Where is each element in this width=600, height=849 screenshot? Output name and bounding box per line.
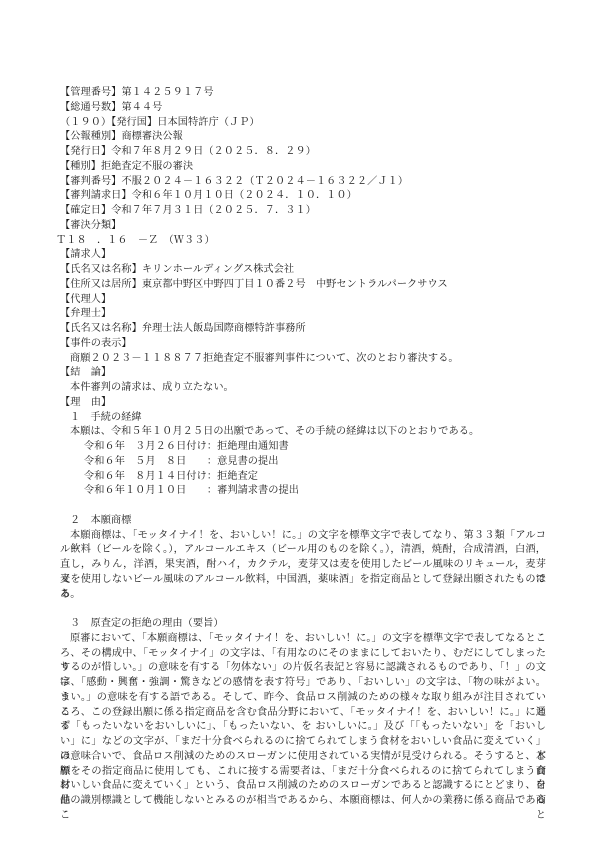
field-label: 【氏名又は名称】 (60, 323, 142, 334)
claimant-name: 【氏名又は名称】キリンホールディングス株式会社 (60, 263, 546, 278)
field-value: 令和７年８月２９日（２０２５．８．２９） (111, 146, 316, 157)
trademark-appeal-decision-document: 【管理番号】第１４２５９１７号 【総通号数】第４４号 （１９０）【発行国】日本国… (60, 86, 546, 809)
section-3-line: まい。」の意味を有する語である。そして、昨今、食品ロス削減のための様々な取り組み… (60, 691, 546, 706)
field-type: 【種別】拒絶査定不服の審決 (60, 160, 546, 175)
conclusion-heading: 【結 論】 (60, 366, 546, 381)
timeline-event: ：拒絶査定 (207, 471, 258, 482)
field-management-number: 【管理番号】第１４２５９１７号 (60, 86, 546, 101)
timeline-item: 令和６年 ５月 ８日 ：意見書の提出 (60, 455, 546, 470)
section-spacer (60, 499, 546, 514)
timeline-date: 令和６年１０月１０日 (84, 485, 207, 496)
section-3-line: 標をその指定商品に使用しても、これに接する需要者は、「まだ十分食べられるのに捨て… (60, 765, 546, 780)
section-3-line: ろ、その構成中、「モッタイナイ」の文字は、「有用なのにそのままにしておいたり、む… (60, 647, 546, 662)
field-gazette-type: 【公報種別】商標審決公報 (60, 130, 546, 145)
claimant-address: 【住所又は居所】東京都中野区中野四丁目１０番２号 中野セントラルパークサウス (60, 278, 546, 293)
agent-name: 【氏名又は名称】弁理士法人飯島国際商標特許事務所 (60, 322, 546, 337)
reasons-heading: 【理 由】 (60, 396, 546, 411)
section-3-line: い」に」などの文字が、「まだ十分食べられるのに捨てられてしまう食材をおいしい食品… (60, 735, 546, 750)
field-label: 【審決分類】 (60, 220, 121, 231)
section-spacer (60, 602, 546, 617)
field-label: 【管理番号】 (60, 87, 121, 98)
section-3-line: するのが惜しい。」の意味を有する「勿体ない」の片仮名表記と容易に認識されるもので… (60, 661, 546, 676)
section-3-line: は、「感動・興奮・強調・驚きなどの感情を表す符号」であり、「おいしい」の文字は、… (60, 676, 546, 691)
field-value: 東京都中野区中野四丁目１０番２号 中野セントラルパークサウス (142, 279, 448, 290)
timeline-date: 令和６年 ８月１４日付け (84, 471, 207, 482)
field-label: （１９０）【発行国】 (60, 117, 157, 128)
field-value: キリンホールディングス株式会社 (142, 264, 294, 275)
field-value: 不服２０２４－１６３２２（Ｔ２０２４－１６３２２／Ｊ１） (121, 176, 408, 187)
field-value: 弁理士法人飯島国際商標特許事務所 (142, 323, 306, 334)
field-decision-classification: 【審決分類】 (60, 219, 546, 234)
field-issuing-country: （１９０）【発行国】日本国特許庁（ＪＰ） (60, 116, 546, 131)
section-3-line: ころ、この登録出願に係る指定商品を含む食品分野において、「モッタイナイ！を、おい… (60, 706, 546, 721)
field-label: 【総通号数】 (60, 102, 121, 113)
section-3-line: の意味合いで、食品ロス削減のためのスローガンに使用されている実情が見受けられる。… (60, 750, 546, 765)
timeline-item: 令和６年 ３月２６日付け：拒絶理由通知書 (60, 440, 546, 455)
section-2-line: 本願商標は、「モッタイナイ！を、おいしい！に。」の文字を標準文字で表してなり、第… (60, 529, 546, 544)
section-2-line: ル飲料（ビールを除く。），アルコールエキス（ビール用のものを除く。），清酒，焼酎… (60, 543, 546, 558)
field-label: 【氏名又は名称】 (60, 264, 142, 275)
field-issue-date: 【発行日】令和７年８月２９日（２０２５．８．２９） (60, 145, 546, 160)
classification-code: Ｔ１８ ．１６ －Ｚ （Ｗ３３） (56, 234, 546, 249)
field-value: 日本国特許庁（ＪＰ） (157, 117, 259, 128)
field-value: 商標審決公報 (121, 131, 182, 142)
timeline-event: ：意見書の提出 (207, 456, 279, 467)
field-label: 【種別】 (60, 161, 101, 172)
section-3-line: おいしい食品に変えていく」という、食品ロス削減のためのスローガンであると認識する… (60, 779, 546, 794)
claimant-heading: 【請求人】 (60, 248, 546, 263)
section-1-title: １ 手続の経緯 (60, 411, 546, 426)
field-label: 【発行日】 (60, 146, 111, 157)
field-value: 令和６年１０月１０日（２０２４．１０．１０） (132, 190, 357, 201)
agent-heading: 【代理人】 (60, 293, 546, 308)
timeline-item: 令和６年 ８月１４日付け：拒絶査定 (60, 470, 546, 485)
field-value: 令和７年７月３１日（２０２５．７．３１） (111, 205, 316, 216)
field-value: 第４４号 (121, 102, 162, 113)
timeline-item: 令和６年１０月１０日 ：審判請求書の提出 (60, 484, 546, 499)
section-2-title: ２ 本願商標 (60, 514, 546, 529)
field-value: 第１４２５９１７号 (121, 87, 213, 98)
field-label: 【公報種別】 (60, 131, 121, 142)
section-2-line: る。 (60, 588, 546, 603)
section-3-line: る「もったいないをおいしいに」、「もったいない、を おいしいに。」及び「「もった… (60, 720, 546, 735)
attorney-heading: 【弁理士】 (60, 307, 546, 322)
section-2-line: 直し，みりん，洋酒，果実酒，酎ハイ，カクテル，麦芽又は麦を使用したビール風味のリ… (60, 558, 546, 573)
field-appeal-number: 【審判番号】不服２０２４－１６３２２（Ｔ２０２４－１６３２２／Ｊ１） (60, 175, 546, 190)
section-3-title: ３ 原査定の拒絶の理由（要旨） (60, 617, 546, 632)
field-finalization-date: 【確定日】令和７年７月３１日（２０２５．７．３１） (60, 204, 546, 219)
section-2-line: 麦を使用しないビール風味のアルコール飲料，中国酒，薬味酒」を指定商品として登録出… (60, 573, 546, 588)
timeline-date: 令和６年 ５月 ８日 (84, 456, 207, 467)
case-text: 商願２０２３－１１８８７７拒絶査定不服審判事件について、次のとおり審決する。 (60, 352, 546, 367)
field-total-issue-number: 【総通号数】第４４号 (60, 101, 546, 116)
field-label: 【住所又は居所】 (60, 279, 142, 290)
section-3-line: 品の識別標識として機能しないとみるのが相当であるから、本願商標は、何人かの業務に… (60, 794, 546, 809)
timeline-date: 令和６年 ３月２６日付け (84, 441, 207, 452)
field-label: 【審判請求日】 (60, 190, 132, 201)
field-label: 【確定日】 (60, 205, 111, 216)
timeline-event: ：拒絶理由通知書 (207, 441, 289, 452)
case-heading: 【事件の表示】 (60, 337, 546, 352)
field-appeal-request-date: 【審判請求日】令和６年１０月１０日（２０２４．１０．１０） (60, 189, 546, 204)
timeline-event: ：審判請求書の提出 (207, 485, 299, 496)
field-label: 【審判番号】 (60, 176, 121, 187)
section-3-line: 原審において、「本願商標は、「モッタイナイ！を、おいしい！に。」の文字を標準文字… (60, 632, 546, 647)
section-1-intro: 本願は、令和５年１０月２５日の出願であって、その手続の経緯は以下のとおりである。 (60, 425, 546, 440)
field-value: 拒絶査定不服の審決 (101, 161, 193, 172)
conclusion-text: 本件審判の請求は、成り立たない。 (60, 381, 546, 396)
